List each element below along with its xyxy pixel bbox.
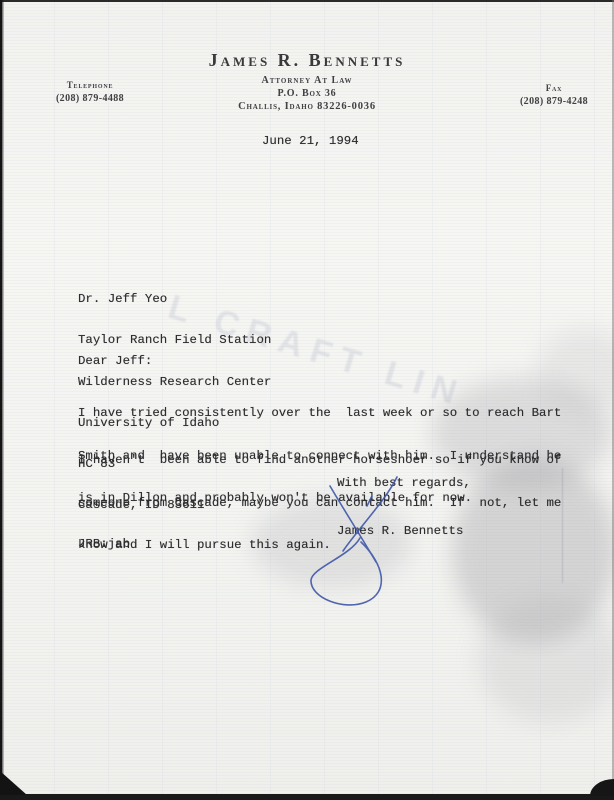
scan-edge-bottom [0, 794, 614, 800]
recipient-line: Dr. Jeff Yeo [78, 293, 271, 306]
scan-edge-left [0, 0, 4, 800]
body-line: know and I will pursue this again. [78, 538, 561, 553]
body-line: I have tried consistently over the last … [78, 406, 561, 421]
reference-initials: JRB:jab [78, 537, 130, 551]
scan-corner-bottom-left [0, 771, 27, 795]
salutation: Dear Jeff: [78, 354, 152, 368]
body-paragraph-2: I haven't been able to find another hors… [78, 425, 561, 581]
scan-corner-bottom-right [590, 779, 614, 796]
date-line: June 21, 1994 [262, 134, 359, 148]
telephone-number: (208) 879-4488 [38, 93, 142, 104]
telephone-label: Telephone [38, 80, 142, 90]
fax-block: Fax (208) 879-4248 [498, 83, 610, 107]
recipient-line: Taylor Ranch Field Station [78, 334, 271, 347]
scan-stain [478, 598, 614, 723]
letterhead-name: James R. Bennetts [0, 50, 614, 71]
scan-edge-top [0, 0, 614, 2]
fax-label: Fax [498, 83, 610, 93]
scanned-letter-page: L CRAFT LIN James R. Bennetts Attorney A… [0, 0, 614, 800]
body-line: I haven't been able to find another hors… [78, 453, 561, 468]
telephone-block: Telephone (208) 879-4488 [38, 80, 142, 104]
typed-signature-name: James R. Bennetts [337, 524, 463, 538]
fax-number: (208) 879-4248 [498, 96, 610, 107]
paper-crease [562, 468, 563, 583]
body-line: someone from Cascade, maybe you can cont… [78, 496, 561, 511]
valediction: With best regards, [337, 476, 471, 490]
